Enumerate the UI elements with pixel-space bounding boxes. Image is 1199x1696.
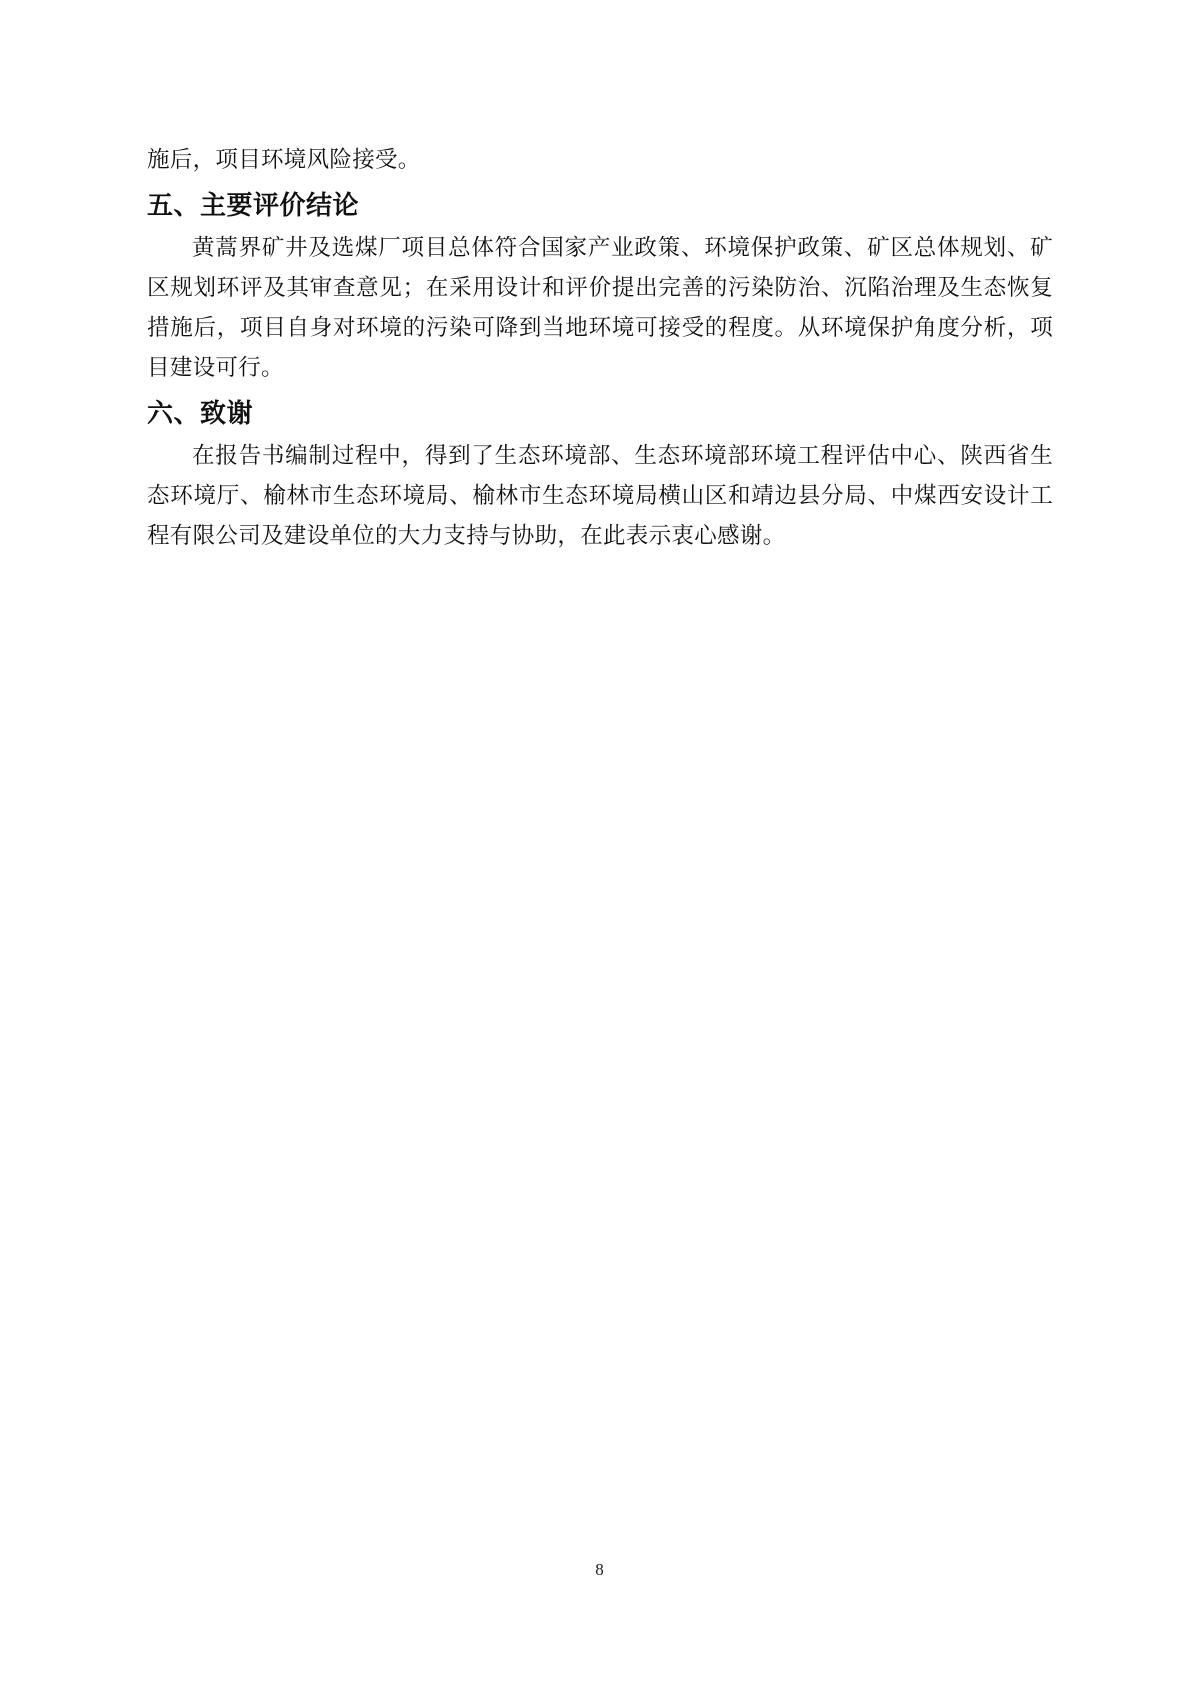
section-heading-conclusions: 五、主要评价结论	[147, 186, 1053, 226]
document-page: 施后，项目环境风险接受。 五、主要评价结论 黄蒿界矿井及选煤厂项目总体符合国家产…	[0, 0, 1199, 1696]
continuation-paragraph: 施后，项目环境风险接受。	[147, 140, 1053, 180]
conclusions-paragraph: 黄蒿界矿井及选煤厂项目总体符合国家产业政策、环境保护政策、矿区总体规划、矿区规划…	[147, 228, 1053, 388]
page-number: 8	[0, 1560, 1199, 1580]
page-content: 施后，项目环境风险接受。 五、主要评价结论 黄蒿界矿井及选煤厂项目总体符合国家产…	[147, 140, 1053, 556]
acknowledgements-paragraph: 在报告书编制过程中，得到了生态环境部、生态环境部环境工程评估中心、陕西省生态环境…	[147, 436, 1053, 556]
section-heading-acknowledgements: 六、致谢	[147, 394, 1053, 434]
